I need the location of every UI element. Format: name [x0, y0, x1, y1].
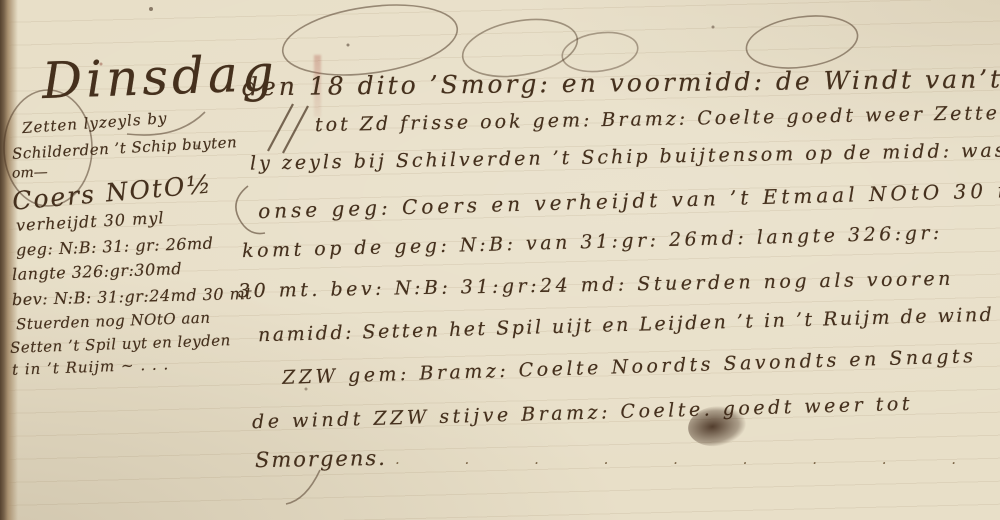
margin-note: bev: N:B: 31:gr:24md 30 mt	[12, 286, 253, 308]
journal-line: ly zeyls bij Schilverden ’t Schip buijte…	[250, 141, 1000, 173]
margin-note: langte 326:gr:30md	[12, 261, 183, 283]
margin-note: Zetten lyzeyls by	[22, 111, 168, 136]
margin-note: Schilderden ’t Schip buyten	[12, 135, 238, 162]
ink-speckles	[0, 0, 2, 2]
margin-note: om—	[12, 165, 48, 180]
binding-edge-shadow	[0, 0, 18, 520]
heading-text: den 18 dito ’Smorg: en voormidd: de Wind…	[242, 66, 1000, 100]
manuscript-page: Dinsdag den 18 dito ’Smorg: en voormidd:…	[0, 0, 1000, 520]
journal-line: ZZW gem: Bramz: Coelte Noordts Savondts …	[282, 347, 977, 388]
trailing-dots: . . . . . . . . . . .	[395, 452, 1000, 467]
journal-line: onse geg: Coers en verheijdt van ’t Etma…	[258, 179, 1000, 221]
margin-note: Stuerden nog NOtO aan	[16, 311, 211, 333]
journal-line: namidd: Setten het Spil uijt en Leijden …	[258, 306, 995, 346]
journal-line: de windt ZZW stijve Bramz: Coelte. goedt…	[252, 395, 913, 432]
journal-line: Smorgens.	[255, 448, 387, 471]
journal-line: 30 mt. bev: N:B: 31:gr:24 md: Stuerden n…	[238, 270, 954, 301]
margin-note: Setten ’t Spil uyt en leyden	[10, 333, 231, 356]
journal-line: komt op de geg: N:B: van 31:gr: 26md: la…	[242, 224, 943, 261]
margin-note: t in ’t Ruijm ~ . . .	[12, 357, 170, 377]
margin-note: geg: N:B: 31: gr: 26md	[16, 236, 214, 259]
margin-note: verheijdt 30 myl	[16, 210, 165, 234]
journal-line: tot Zd frisse ook gem: Bramz: Coelte goe…	[315, 104, 1000, 135]
